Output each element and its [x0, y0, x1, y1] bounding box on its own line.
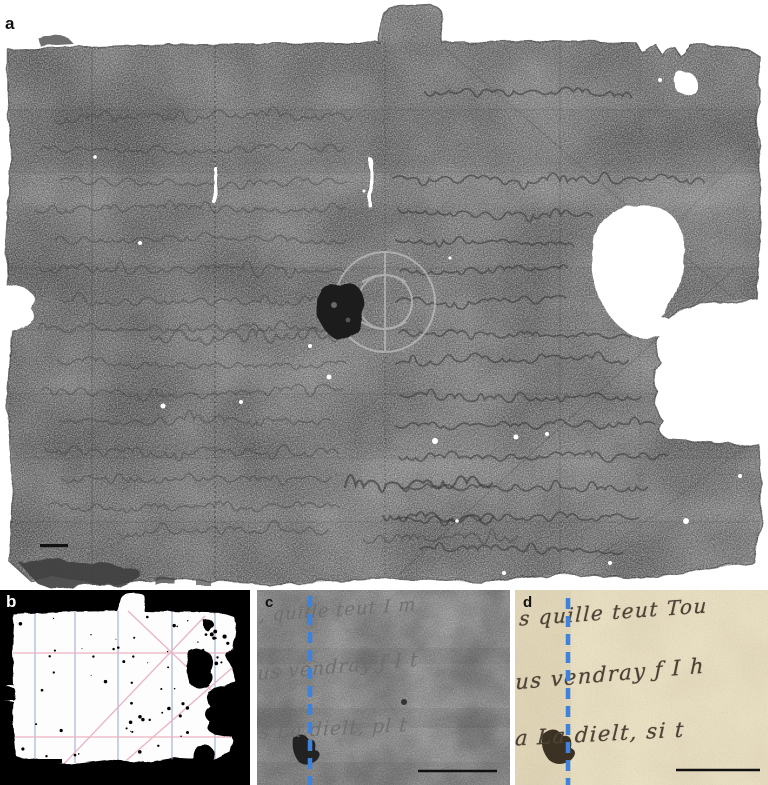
panel-b-crease-image: [0, 590, 250, 785]
panel-c-label: c: [265, 594, 273, 611]
panel-a-label: a: [5, 14, 14, 34]
panel-a-scan-image: [0, 0, 768, 590]
panel-d: s quille teut Tou us vendray ƒ I h a La …: [515, 590, 768, 785]
panel-d-label: d: [523, 594, 532, 611]
figure-page: { "panels": { "a": { "label": "a" }, "b"…: [0, 0, 768, 785]
scale-bar: [16, 759, 62, 763]
ink-dot: [401, 699, 407, 705]
panel-c: , quille teut I m us vendray ƒ I t s La …: [257, 590, 510, 785]
panel-b: b: [0, 590, 250, 785]
scale-bar: [40, 544, 68, 547]
panel-a: [0, 0, 768, 590]
panel-b-label: b: [6, 592, 16, 612]
